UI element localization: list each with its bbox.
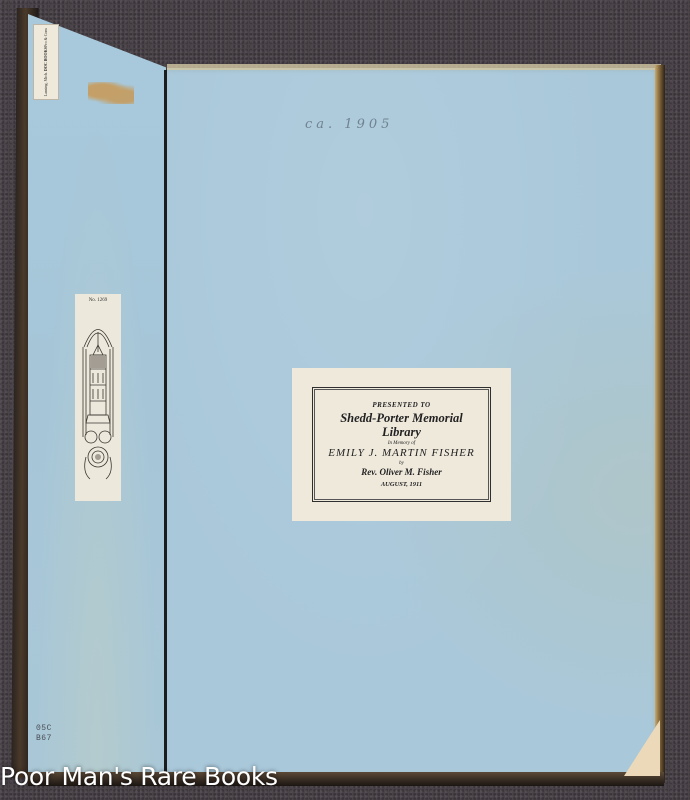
shelfmark: 05C B67: [36, 724, 52, 744]
bookplate: No. 1269: [75, 294, 121, 501]
shelfmark-line: B67: [36, 734, 52, 744]
ticket-line: Lansing, Mich.: [44, 72, 48, 96]
watermark: Poor Man's Rare Books: [0, 762, 278, 791]
label-honoree-name: EMILY J. MARTIN FISHER: [328, 447, 474, 459]
label-library-line2: Library: [382, 425, 421, 439]
label-in-memory-of: In Memory of: [388, 441, 415, 446]
shelfmark-line: 05C: [36, 724, 52, 734]
gutter-hinge: [164, 70, 167, 775]
presentation-label: PRESENTED TO Shedd-Porter Memorial Libra…: [292, 368, 511, 521]
right-board-edge: [655, 65, 665, 783]
bookplate-number: No. 1269: [89, 298, 108, 303]
pencil-annotation: ca. 1905: [305, 117, 393, 132]
label-by: by: [399, 461, 404, 466]
label-frame: PRESENTED TO Shedd-Porter Memorial Libra…: [312, 387, 491, 502]
ticket-line: DOC BOOKS: [44, 47, 48, 71]
book-photo: Pro & Cons DOC BOOKS Lansing, Mich. No. …: [0, 0, 690, 800]
label-presented-to: PRESENTED TO: [372, 401, 430, 409]
label-library-line1: Shedd-Porter Memorial: [340, 411, 463, 425]
glue-stain: [88, 82, 134, 104]
label-donor: Rev. Oliver M. Fisher: [361, 467, 441, 477]
ticket-line: Pro & Cons: [44, 28, 48, 47]
ornate-building-icon: [80, 307, 116, 487]
bookseller-ticket: Pro & Cons DOC BOOKS Lansing, Mich.: [33, 24, 59, 100]
label-date: AUGUST, 1911: [381, 481, 422, 488]
top-board-edge: [167, 64, 661, 70]
